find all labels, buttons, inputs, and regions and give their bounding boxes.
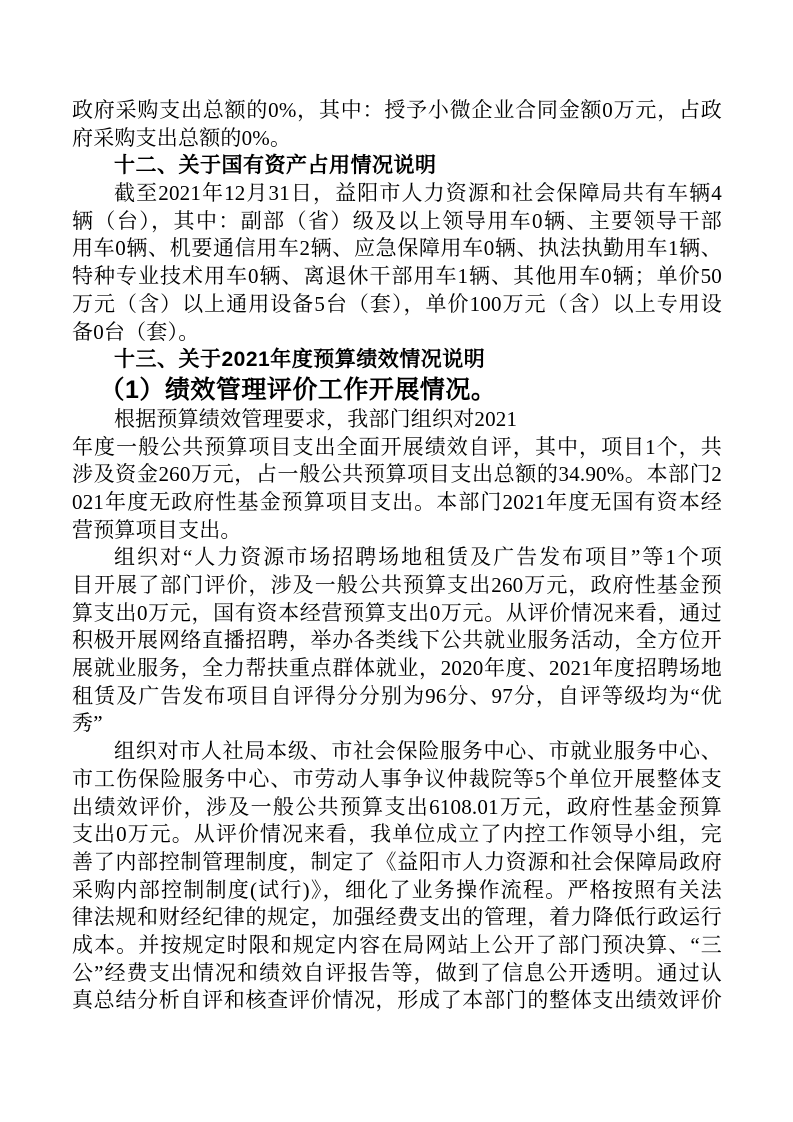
text-line: 备0台（套）。 (72, 319, 722, 347)
text-line: 采购内部控制制度(试行)》，细化了业务操作流程。严格按照有关法 (72, 877, 722, 905)
text-line: 积极开展网络直播招聘，举办各类线下公共就业服务活动，全方位开 (72, 627, 722, 655)
text-line: 组织对“人力资源市场招聘场地租赁及广告发布项目”等1个项 (72, 544, 722, 572)
text-line: 辆（台），其中：副部（省）级及以上领导用车0辆、主要领导干部 (72, 208, 722, 236)
text-column: 政府采购支出总额的0%，其中：授予小微企业合同金额0万元，占政府采购支出总额的0… (72, 97, 722, 1015)
text-line: 成本。并按规定时限和规定内容在局网站上公开了部门预决算、“三 (72, 932, 722, 960)
text-line: 展就业服务，全力帮扶重点群体就业，2020年度、2021年度招聘场地 (72, 655, 722, 683)
section-heading: 十三、关于2021年度预算绩效情况说明 (72, 346, 722, 374)
text-line: 营预算项目支出。 (72, 517, 722, 545)
text-line: 真总结分析自评和核查评价情况，形成了本部门的整体支出绩效评价 (72, 987, 722, 1015)
text-line: 租赁及广告发布项目自评得分分别为96分、97分，自评等级均为“优 (72, 683, 722, 711)
text-line: 算支出0万元，国有资本经营预算支出0万元。从评价情况来看，通过 (72, 600, 722, 628)
text-line: 律法规和财经纪律的规定，加强经费支出的管理，着力降低行政运行 (72, 904, 722, 932)
text-line: 秀” (72, 710, 722, 738)
text-line: 根据预算绩效管理要求，我部门组织对2021 (72, 406, 722, 434)
text-line: 目开展了部门评价，涉及一般公共预算支出260万元，政府性基金预 (72, 572, 722, 600)
text-line: 组织对市人社局本级、市社会保险服务中心、市就业服务中心、 (72, 738, 722, 766)
subsection-heading: （1）绩效管理评价工作开展情况。 (72, 374, 722, 406)
section-heading: 十二、关于国有资产占用情况说明 (72, 152, 722, 180)
text-line: 用车0辆、机要通信用车2辆、应急保障用车0辆、执法执勤用车1辆、 (72, 235, 722, 263)
text-line: 021年度无政府性基金预算项目支出。本部门2021年度无国有资本经 (72, 489, 722, 517)
text-line: 万元（含）以上通用设备5台（套），单价100万元（含）以上专用设 (72, 291, 722, 319)
text-line: 出绩效评价，涉及一般公共预算支出6108.01万元，政府性基金预算 (72, 794, 722, 822)
text-line: 涉及资金260万元，占一般公共预算项目支出总额的34.90%。本部门2 (72, 461, 722, 489)
text-line: 支出0万元。从评价情况来看，我单位成立了内控工作领导小组，完 (72, 821, 722, 849)
text-line: 善了内部控制管理制度，制定了《益阳市人力资源和社会保障局政府 (72, 849, 722, 877)
text-line: 公”经费支出情况和绩效自评报告等，做到了信息公开透明。通过认 (72, 960, 722, 988)
text-line: 府采购支出总额的0%。 (72, 125, 722, 153)
text-line: 政府采购支出总额的0%，其中：授予小微企业合同金额0万元，占政 (72, 97, 722, 125)
document-page: 政府采购支出总额的0%，其中：授予小微企业合同金额0万元，占政府采购支出总额的0… (0, 0, 793, 1122)
text-line: 市工伤保险服务中心、市劳动人事争议仲裁院等5个单位开展整体支 (72, 766, 722, 794)
text-line: 年度一般公共预算项目支出全面开展绩效自评，其中，项目1个，共 (72, 434, 722, 462)
text-line: 截至2021年12月31日，益阳市人力资源和社会保障局共有车辆4 (72, 180, 722, 208)
text-line: 特种专业技术用车0辆、离退休干部用车1辆、其他用车0辆；单价50 (72, 263, 722, 291)
